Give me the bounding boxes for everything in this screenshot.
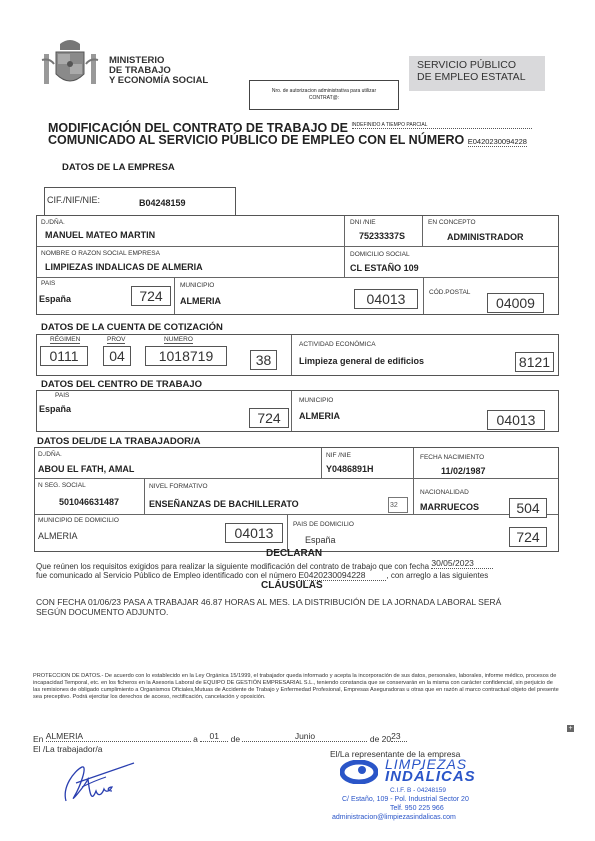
firma-a-label: a bbox=[193, 734, 198, 744]
contract-type: INDEFINIDO A TIEMPO PARCIAL bbox=[352, 122, 532, 129]
dni-value: 75233337S bbox=[359, 231, 405, 241]
pais-domicilio-code: 724 bbox=[509, 527, 547, 547]
fecha-nacimiento-value: 11/02/1987 bbox=[441, 466, 486, 476]
codigo-postal-value: 04009 bbox=[487, 293, 544, 313]
nivel-formativo-value: ENSEÑANZAS DE BACHILLERATO bbox=[149, 499, 299, 509]
concepto-label: EN CONCEPTO bbox=[428, 219, 476, 226]
centro-municipio-code: 04013 bbox=[487, 410, 545, 430]
stamp-address: C/ Estaño, 109 - Pol. Industrial Sector … bbox=[342, 796, 469, 803]
municipio-value: ALMERIA bbox=[180, 296, 221, 306]
firma-anio[interactable]: 23 bbox=[391, 731, 407, 742]
stamp-email: administracion@limpiezasindalicas.com bbox=[332, 814, 456, 821]
authorization-contrata-label: CONTRAT@: bbox=[250, 95, 398, 102]
pais-domicilio-value: España bbox=[305, 535, 336, 545]
ministry-name: MINISTERIO DE TRABAJO Y ECONOMÍA SOCIAL bbox=[109, 56, 208, 86]
agency-box: SERVICIO PÚBLICO DE EMPLEO ESTATAL bbox=[409, 56, 545, 91]
declaran-text: Que reúnen los requisitos exigidos para … bbox=[36, 559, 566, 581]
municipio-domicilio-code: 04013 bbox=[225, 523, 283, 543]
centro-pais-value: España bbox=[39, 404, 71, 414]
concepto-value: ADMINISTRADOR bbox=[447, 232, 524, 242]
section-title-trabajador: DATOS DEL/DE LA TRABAJADOR/A bbox=[37, 436, 200, 447]
centro-table: PAIS España 724 MUNICIPIO ALMERIA 04013 bbox=[36, 390, 559, 432]
codigo-postal-label: CÓD.POSTAL bbox=[429, 289, 470, 296]
proteccion-datos-text: PROTECCION DE DATOS.- De acuerdo con lo … bbox=[33, 673, 561, 701]
actividad-code: 8121 bbox=[515, 352, 554, 372]
company-stamp: LIMPIEZAS INDÁLICAS C.I.F. B - 04248159 … bbox=[330, 757, 570, 827]
trabajador-nombre-value: ABOU EL FATH, AMAL bbox=[38, 464, 134, 474]
nivel-formativo-label: NIVEL FORMATIVO bbox=[149, 483, 208, 490]
authorization-box: Nro. de autorizacion administrativa para… bbox=[249, 80, 399, 110]
pais-label: PAIS bbox=[41, 280, 55, 287]
authorization-label: Nro. de autorizacion administrativa para… bbox=[250, 88, 398, 95]
nss-label: N SEG. SOCIAL bbox=[38, 482, 86, 489]
numero-value: 1018719 bbox=[145, 346, 227, 366]
cif-box: CIF./NIF/NIE: B04248159 bbox=[44, 187, 236, 216]
domicilio-social-value: CL ESTAÑO 109 bbox=[350, 263, 419, 273]
nivel-formativo-code: 32 bbox=[388, 497, 408, 513]
clausulas-text: CON FECHA 01/06/23 PASA A TRABAJAR 46.87… bbox=[36, 597, 506, 617]
nacionalidad-code: 504 bbox=[509, 498, 547, 518]
document-title: MODIFICACIÓN DEL CONTRATO DE TRABAJO DE … bbox=[48, 121, 568, 147]
municipio-code: 04013 bbox=[354, 289, 418, 309]
centro-pais-code: 724 bbox=[249, 408, 289, 428]
nss-value: 501046631487 bbox=[59, 497, 119, 507]
trabajador-nombre-label: D./DÑA. bbox=[38, 451, 62, 458]
firma-en-label: En bbox=[33, 734, 43, 744]
actividad-value: Limpieza general de edificios bbox=[299, 356, 424, 366]
centro-municipio-value: ALMERIA bbox=[299, 411, 340, 421]
firma-mes[interactable]: Junio bbox=[242, 731, 367, 742]
centro-pais-label: PAIS bbox=[55, 392, 69, 399]
fecha-nacimiento-label: FECHA NACIMIENTO bbox=[420, 454, 484, 461]
regimen-value: 0111 bbox=[40, 346, 88, 366]
empresa-table: D./DÑA. MANUEL MATEO MARTIN DNI /NIE 752… bbox=[36, 215, 559, 315]
firma-de-label: de bbox=[231, 734, 240, 744]
trabajador-nif-label: NIF /NIE bbox=[326, 452, 351, 459]
section-title-empresa: DATOS DE LA EMPRESA bbox=[62, 162, 175, 173]
stamp-cif: C.I.F. B - 04248159 bbox=[390, 787, 446, 794]
title-line2: COMUNICADO AL SERVICIO PÚBLICO DE EMPLEO… bbox=[48, 133, 464, 147]
stamp-brand-line2: INDÁLICAS bbox=[385, 768, 476, 785]
razon-social-label: NOMBRE O RAZON SOCIAL EMPRESA bbox=[41, 250, 160, 257]
clausulas-title: CLÁUSULAS bbox=[261, 580, 323, 591]
municipio-domicilio-label: MUNICIPIO DE DOMICILIO bbox=[38, 517, 119, 524]
domicilio-social-label: DOMICILIO SOCIAL bbox=[350, 251, 410, 258]
prov-value: 04 bbox=[103, 346, 131, 366]
agency-line-2: DE EMPLEO ESTATAL bbox=[417, 71, 545, 83]
cif-label: CIF./NIF/NIE: bbox=[47, 195, 100, 205]
municipio-domicilio-value: ALMERIA bbox=[38, 531, 78, 541]
firma-de20-label: de 20 bbox=[370, 734, 391, 744]
firma-lugar[interactable]: ALMERIA bbox=[46, 731, 191, 742]
razon-social-value: LIMPIEZAS INDALICAS DE ALMERIA bbox=[45, 262, 203, 272]
pais-value: España bbox=[39, 294, 71, 304]
pais-code: 724 bbox=[131, 286, 171, 306]
contract-number: E0420230094228 bbox=[468, 137, 527, 147]
firma-dia[interactable]: 01 bbox=[200, 731, 228, 742]
prov-label: PROV bbox=[107, 336, 125, 344]
representative-label: D./DÑA. bbox=[41, 219, 65, 226]
declaran-title: DECLARAN bbox=[266, 548, 322, 559]
trabajador-firma-label: El /La trabajador/a bbox=[33, 744, 102, 754]
spain-coat-of-arms-icon bbox=[40, 36, 100, 92]
centro-municipio-label: MUNICIPIO bbox=[299, 397, 333, 404]
agency-line-1: SERVICIO PÚBLICO bbox=[417, 59, 545, 71]
numero-label: NUMERO bbox=[164, 336, 193, 344]
trabajador-table: D./DÑA. ABOU EL FATH, AMAL NIF /NIE Y048… bbox=[34, 447, 559, 552]
declaran-line1: Que reúnen los requisitos exigidos para … bbox=[36, 562, 429, 571]
cotizacion-table: RÉGIMEN 0111 PROV 04 NUMERO 1018719 38 A… bbox=[36, 334, 559, 376]
section-title-cotizacion: DATOS DE LA CUENTA DE COTIZACIÓN bbox=[41, 322, 223, 333]
ministry-line-3: Y ECONOMÍA SOCIAL bbox=[109, 76, 208, 86]
declaran-line2-suffix: , con arreglo a las siguientes bbox=[386, 571, 488, 580]
dni-label: DNI /NIE bbox=[350, 219, 376, 226]
section-title-centro: DATOS DEL CENTRO DE TRABAJO bbox=[41, 379, 202, 390]
nacionalidad-value: MARRUECOS bbox=[420, 502, 479, 512]
municipio-label: MUNICIPIO bbox=[180, 282, 214, 289]
actividad-label: ACTIVIDAD ECONÓMICA bbox=[299, 341, 376, 348]
plus-icon[interactable]: + bbox=[567, 725, 574, 732]
nacionalidad-label: NACIONALIDAD bbox=[420, 489, 469, 496]
regimen-label: RÉGIMEN bbox=[50, 336, 80, 344]
trabajador-signature bbox=[60, 757, 140, 812]
dc-value: 38 bbox=[250, 350, 277, 370]
stamp-phone: Telf. 950 225 966 bbox=[390, 805, 444, 812]
pais-domicilio-label: PAIS DE DOMICILIO bbox=[293, 521, 354, 528]
declaran-fecha: 30/05/2023 bbox=[431, 559, 493, 569]
declaran-line2: fue comunicado al Servicio Público de Em… bbox=[36, 571, 296, 580]
trabajador-nif-value: Y0486891H bbox=[326, 464, 374, 474]
representative-value: MANUEL MATEO MARTIN bbox=[45, 230, 155, 240]
firma-line: En ALMERIA a 01 de Junio de 2023 bbox=[33, 731, 407, 744]
cif-value: B04248159 bbox=[139, 198, 186, 208]
company-logo-icon bbox=[340, 760, 378, 784]
